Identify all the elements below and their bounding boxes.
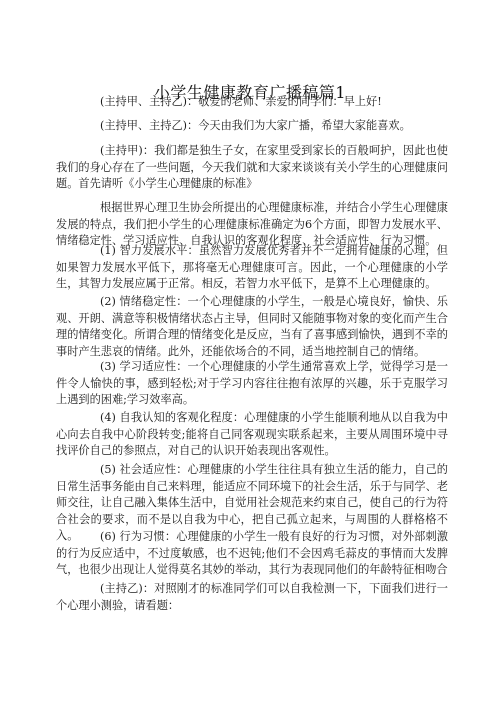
paragraph-intelligence: (1) 智力发展水平：虽然智力发展优秀者并不一定拥有健康的心理，但如果智力发展水…: [56, 243, 448, 293]
paragraph-greeting: (主持甲、主持乙)：敬爱的老师、亲爱的同学们：早上好!: [56, 94, 448, 111]
paragraph-host-b: (主持乙)：对照刚才的标准同学们可以自我检测一下，下面我们进行一个心理小测验，请…: [56, 581, 448, 614]
paragraph-learning: (3) 学习适应性：一个心理健康的小学生通常喜欢上学，觉得学习是一件令人愉快的事…: [56, 359, 448, 409]
paragraph-behavior: (6) 行为习惯：心理健康的小学生一般有良好的行为习惯，对外部刺激的行为反应适中…: [56, 529, 448, 579]
paragraph-self-cognition: (4) 自我认知的客观化程度：心理健康的小学生能顺利地从以自我为中心向去自我中心…: [56, 410, 448, 460]
paragraph-emotion: (2) 情绪稳定性：一个心理健康的小学生，一般是心境良好，愉快、乐观、开朗、满意…: [56, 294, 448, 360]
paragraph-intro: (主持甲、主持乙)：今天由我们为大家广播，希望大家能喜欢。: [56, 118, 448, 135]
paragraph-host-a: (主持甲)：我们都是独生子女，在家里受到家长的百般呵护，因此也使我们的身心存在了…: [56, 143, 448, 193]
document-page: 小学生健康教育广播稿篇1 (主持甲、主持乙)：敬爱的老师、亲爱的同学们：早上好!…: [0, 0, 500, 707]
